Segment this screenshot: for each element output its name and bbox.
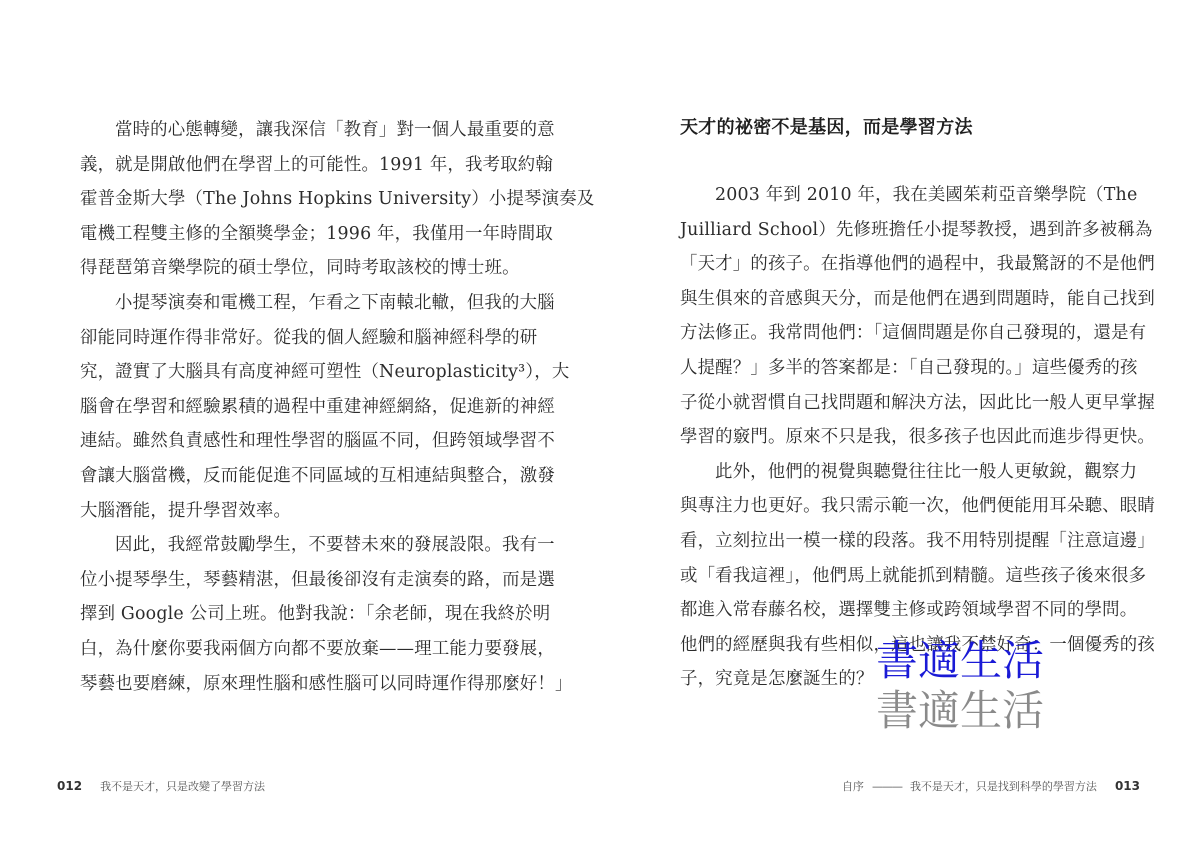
right-page-body: 2003 年到 2010 年，我在美國茱莉亞音樂學院（TheJuilliard … — [680, 178, 1120, 697]
page-number: 013 — [1115, 779, 1140, 793]
right-page-footer: 自序———我不是天才，只是找到科學的學習方法013 — [842, 778, 1140, 794]
section-heading: 天才的祕密不是基因，而是學習方法 — [680, 113, 973, 139]
text-line: 方法修正。我常問他們：「這個問題是你自己發現的，還是有 — [680, 316, 1120, 351]
text-line: 會讓大腦當機，反而能促進不同區域的互相連結與整合，激發 — [80, 459, 520, 494]
text-line: 學習的竅門。原來不只是我，很多孩子也因此而進步得更快。 — [680, 420, 1120, 455]
text-line: 究，證實了大腦具有高度神經可塑性（Neuroplasticity³），大 — [80, 355, 520, 390]
text-line: 看，立刻拉出一模一樣的段落。我不用特別提醒「注意這邊」 — [680, 524, 1120, 559]
text-line: 或「看我這裡」，他們馬上就能抓到精髓。這些孩子後來很多 — [680, 559, 1120, 594]
text-line: 位小提琴學生，琴藝精湛，但最後卻沒有走演奏的路，而是選 — [80, 563, 520, 598]
text-line: 子從小就習慣自己找問題和解決方法，因此比一般人更早掌握 — [680, 386, 1120, 421]
page-number: 012 — [57, 779, 82, 793]
text-line: 白，為什麼你要我兩個方向都不要放棄——理工能力要發展， — [80, 632, 520, 667]
text-line: 與專注力也更好。我只需示範一次，他們便能用耳朵聽、眼睛 — [680, 489, 1120, 524]
text-line: 當時的心態轉變，讓我深信「教育」對一個人最重要的意 — [80, 113, 520, 148]
text-line: 「天才」的孩子。在指導他們的過程中，我最驚訝的不是他們 — [680, 247, 1120, 282]
text-line: 此外，他們的視覺與聽覺往往比一般人更敏銳，觀察力 — [680, 455, 1120, 490]
text-line: 霍普金斯大學（The Johns Hopkins University）小提琴演… — [80, 182, 520, 217]
text-line: 腦會在學習和經驗累積的過程中重建神經網絡，促進新的神經 — [80, 390, 520, 425]
text-line: 得琵琶第音樂學院的碩士學位，同時考取該校的博士班。 — [80, 251, 520, 286]
text-line: 大腦潛能，提升學習效率。 — [80, 494, 520, 529]
section-label: 自序 — [842, 780, 864, 793]
text-line: Juilliard School）先修班擔任小提琴教授，遇到許多被稱為 — [680, 213, 1120, 248]
text-line: 擇到 Google 公司上班。他對我說：「余老師，現在我終於明 — [80, 597, 520, 632]
left-page: 當時的心態轉變，讓我深信「教育」對一個人最重要的意義，就是開啟他們在學習上的可能… — [0, 0, 600, 851]
running-title: 我不是天才，只是改變了學習方法 — [100, 780, 265, 793]
text-line: 連結。雖然負責感性和理性學習的腦區不同，但跨領域學習不 — [80, 424, 520, 459]
running-title: 我不是天才，只是找到科學的學習方法 — [910, 780, 1097, 793]
watermark-blue: 書適生活 — [876, 638, 1044, 684]
text-line: 琴藝也要磨練，原來理性腦和感性腦可以同時運作得那麼好！」 — [80, 667, 520, 702]
text-line: 人提醒？」多半的答案都是：「自己發現的。」這些優秀的孩 — [680, 351, 1120, 386]
left-page-footer: 012我不是天才，只是改變了學習方法 — [57, 778, 265, 794]
text-line: 因此，我經常鼓勵學生，不要替未來的發展設限。我有一 — [80, 528, 520, 563]
text-line: 2003 年到 2010 年，我在美國茱莉亞音樂學院（The — [680, 178, 1120, 213]
text-line: 都進入常春藤名校，選擇雙主修或跨領域學習不同的學問。 — [680, 593, 1120, 628]
text-line: 與生俱來的音感與天分，而是他們在遇到問題時，能自己找到 — [680, 282, 1120, 317]
watermark-gray: 書適生活 — [876, 688, 1044, 734]
left-page-body: 當時的心態轉變，讓我深信「教育」對一個人最重要的意義，就是開啟他們在學習上的可能… — [80, 113, 520, 701]
text-line: 卻能同時運作得非常好。從我的個人經驗和腦神經科學的研 — [80, 321, 520, 356]
text-line: 小提琴演奏和電機工程，乍看之下南轅北轍，但我的大腦 — [80, 286, 520, 321]
separator-dash: ——— — [872, 780, 902, 793]
text-line: 義，就是開啟他們在學習上的可能性。1991 年，我考取約翰 — [80, 148, 520, 183]
text-line: 電機工程雙主修的全額獎學金；1996 年，我僅用一年時間取 — [80, 217, 520, 252]
